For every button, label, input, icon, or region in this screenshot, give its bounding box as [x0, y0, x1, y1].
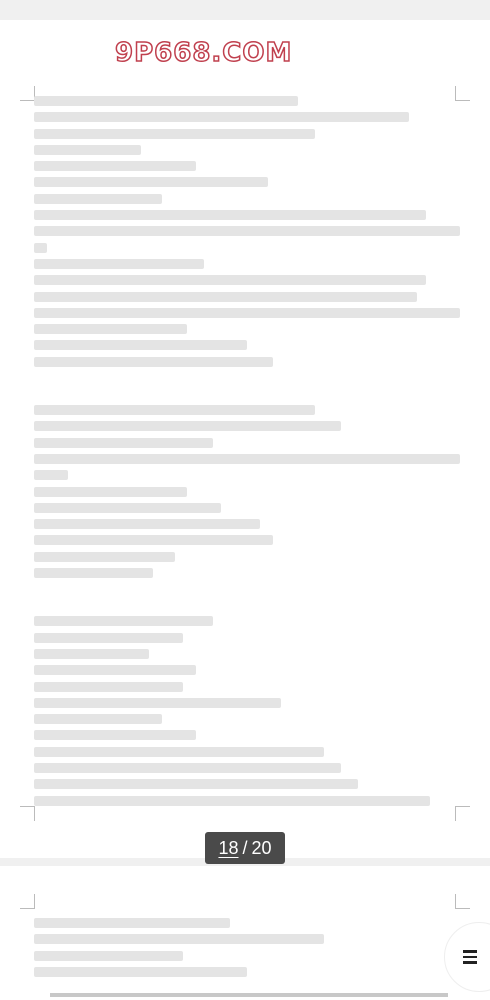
- watermark-logo: 9P668.COM: [115, 38, 292, 68]
- current-page-number[interactable]: 18: [218, 838, 238, 859]
- document-page-18: 9P668.COM: [0, 20, 490, 858]
- document-body-placeholder: [34, 96, 460, 812]
- document-body-placeholder: [34, 918, 460, 983]
- margin-corner-mark: [455, 894, 470, 909]
- page-separator: /: [242, 838, 247, 859]
- margin-corner-mark: [20, 86, 35, 101]
- margin-corner-mark: [20, 894, 35, 909]
- hamburger-menu-icon: [463, 947, 477, 967]
- total-page-count: 20: [252, 838, 272, 859]
- margin-corner-mark: [20, 806, 35, 821]
- page-indicator[interactable]: 18 / 20: [205, 832, 285, 864]
- document-page-19: [0, 866, 490, 1000]
- horizontal-scrollbar[interactable]: [50, 993, 448, 997]
